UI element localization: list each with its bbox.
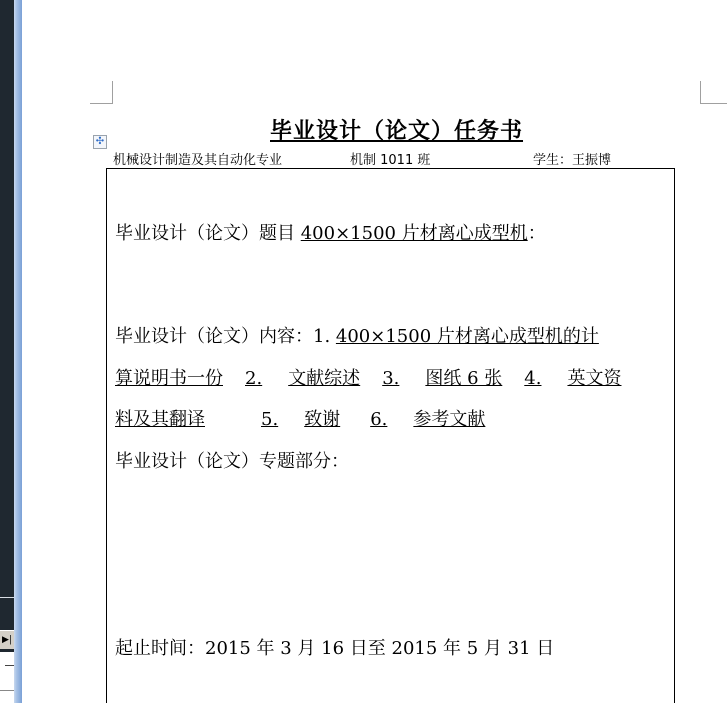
document-title: 毕业设计（论文）任务书 [270, 114, 523, 145]
content-text: 文献综述 [288, 368, 360, 389]
content-text: 参考文献 [413, 409, 485, 430]
item-number: 6. [370, 409, 387, 430]
divider [5, 665, 14, 666]
topic-value: 400×1500 片材离心成型机 [301, 223, 528, 244]
content-text: 算说明书一份 [115, 368, 223, 389]
topic-line: 毕业设计（论文）题目 400×1500 片材离心成型机： [115, 219, 546, 245]
item-number: 2. [245, 368, 262, 389]
major-label: 机械设计制造及其自动化专业 [113, 149, 282, 168]
content-item-1: 400×1500 片材离心成型机的计 [336, 326, 599, 347]
pane-splitter[interactable] [14, 0, 22, 703]
topic-label: 毕业设计（论文）题目 [115, 223, 301, 244]
content-label: 毕业设计（论文）内容：1. [115, 326, 336, 347]
period-line: 起止时间：2015 年 3 月 16 日至 2015 年 5 月 31 日 [115, 634, 554, 660]
content-text: 致谢 [304, 409, 340, 430]
divider [0, 597, 14, 598]
task-table[interactable] [106, 168, 675, 703]
student-label: 学生：王振博 [533, 149, 611, 168]
divider [0, 690, 14, 691]
item-number: 5. [261, 409, 278, 430]
content-line-1: 毕业设计（论文）内容：1. 400×1500 片材离心成型机的计 [115, 322, 599, 348]
content-text: 料及其翻译 [115, 409, 205, 430]
margin-corner-mark-left [90, 81, 113, 104]
topic-suffix: ： [528, 223, 546, 244]
content-line-2: 算说明书一份2.文献综述3.图纸 6 张4.英文资 [115, 364, 621, 390]
content-text: 图纸 6 张 [425, 368, 502, 389]
next-page-button[interactable]: ▶| [0, 630, 14, 649]
content-text: 英文资 [567, 368, 621, 389]
navigation-pane: ▶| [0, 0, 14, 703]
table-move-handle-icon[interactable]: ✣ [93, 135, 107, 149]
item-number: 4. [524, 368, 541, 389]
special-section-label: 毕业设计（论文）专题部分： [115, 447, 349, 473]
class-label: 机制 1011 班 [350, 149, 430, 168]
item-number: 3. [382, 368, 399, 389]
content-line-3: 料及其翻译5.致谢6.参考文献 [115, 405, 485, 431]
pane-lower-area [0, 652, 14, 703]
margin-corner-mark-right [700, 81, 727, 104]
